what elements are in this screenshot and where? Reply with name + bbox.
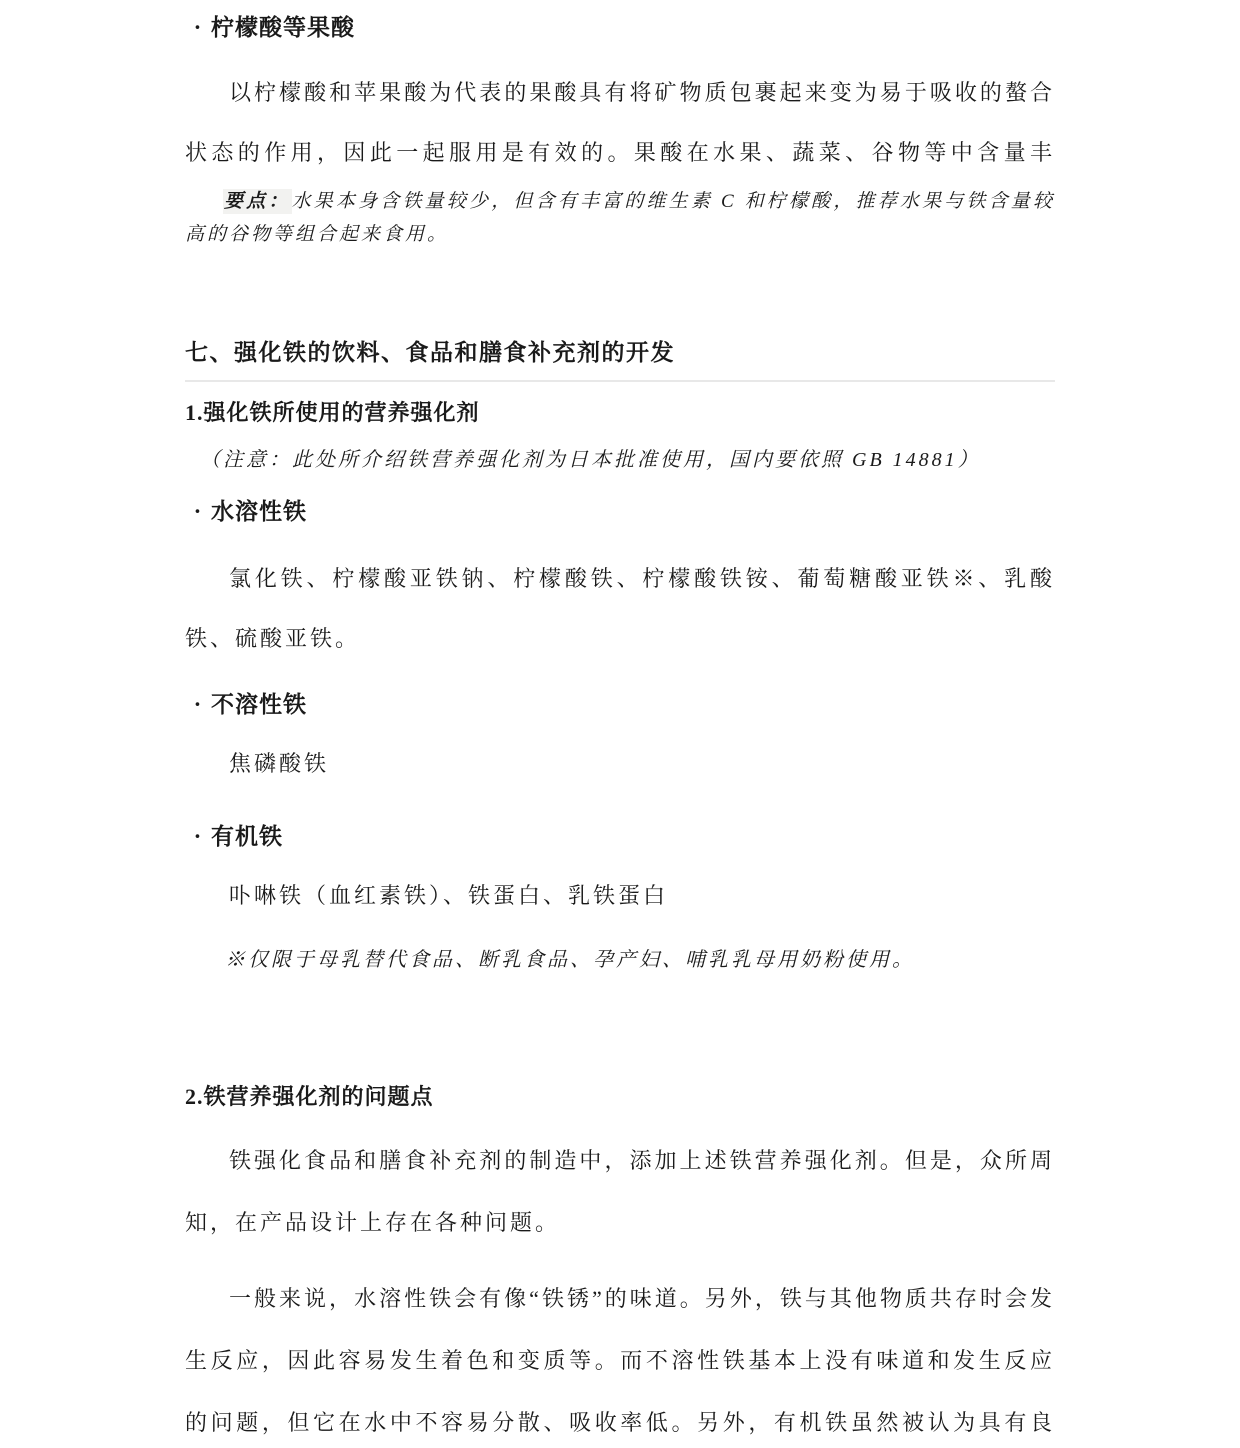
bullet-icon: ·: [185, 690, 211, 720]
note-gb14881: （注意：此处所介绍铁营养强化剂为日本批准使用，国内要依照 GB 14881）: [185, 446, 1055, 474]
document-page: ·柠檬酸等果酸 以柠檬酸和苹果酸为代表的果酸具有将矿物质包裹起来变为易于吸收的螯…: [0, 0, 1240, 1448]
bullet-icon: ·: [185, 13, 211, 43]
bullet-icon: ·: [185, 822, 211, 852]
paragraph-organic-iron: 卟啉铁（血红素铁）、铁蛋白、乳铁蛋白: [185, 876, 1055, 916]
heading-water-soluble-iron: ·水溶性铁: [185, 497, 1055, 527]
paragraph-insoluble-iron: 焦磷酸铁: [185, 744, 1055, 784]
subheading-1: 1.强化铁所使用的营养强化剂: [185, 398, 1055, 428]
keypoint-label: 要点：: [223, 189, 292, 214]
heading-water-soluble-iron-label: 水溶性铁: [211, 499, 307, 524]
heading-organic-iron-label: 有机铁: [211, 824, 283, 849]
keypoint-text: 水果本身含铁量较少，但含有丰富的维生素 C 和柠檬酸，推荐水果与铁含量较高的谷物…: [185, 191, 1055, 245]
section-heading-7: 七、强化铁的饮料、食品和膳食补充剂的开发: [185, 338, 1055, 368]
heading-insoluble-iron: ·不溶性铁: [185, 690, 1055, 720]
heading-fruit-acid: ·柠檬酸等果酸: [185, 13, 1055, 43]
keypoint-paragraph: 要点：水果本身含铁量较少，但含有丰富的维生素 C 和柠檬酸，推荐水果与铁含量较高…: [185, 185, 1055, 251]
section-divider: [185, 380, 1055, 382]
paragraph-fruit-acid: 以柠檬酸和苹果酸为代表的果酸具有将矿物质包裹起来变为易于吸收的螯合状态的作用，因…: [185, 63, 1055, 183]
heading-fruit-acid-label: 柠檬酸等果酸: [211, 15, 355, 40]
heading-insoluble-iron-label: 不溶性铁: [211, 692, 307, 717]
paragraph-problems-2: 一般来说，水溶性铁会有像“铁锈”的味道。另外，铁与其他物质共存时会发生反应，因此…: [185, 1268, 1055, 1448]
document-content: ·柠檬酸等果酸 以柠檬酸和苹果酸为代表的果酸具有将矿物质包裹起来变为易于吸收的螯…: [185, 0, 1055, 1448]
subheading-2: 2.铁营养强化剂的问题点: [185, 1082, 1055, 1112]
heading-organic-iron: ·有机铁: [185, 822, 1055, 852]
note-asterisk: ※仅限于母乳替代食品、断乳食品、孕产妇、哺乳乳母用奶粉使用。: [185, 940, 1055, 980]
bullet-icon: ·: [185, 497, 211, 527]
paragraph-problems-1: 铁强化食品和膳食补充剂的制造中，添加上述铁营养强化剂。但是，众所周知，在产品设计…: [185, 1130, 1055, 1254]
paragraph-water-soluble-iron: 氯化铁、柠檬酸亚铁钠、柠檬酸铁、柠檬酸铁铵、葡萄糖酸亚铁※、乳酸铁、硫酸亚铁。: [185, 549, 1055, 669]
